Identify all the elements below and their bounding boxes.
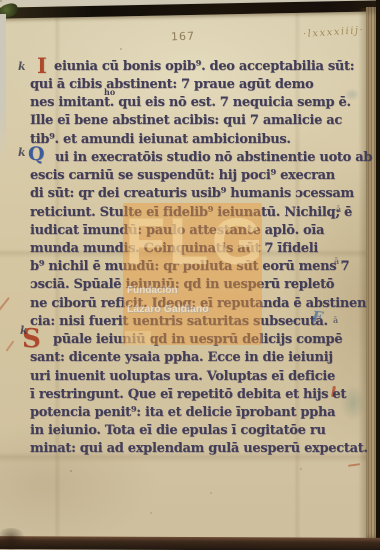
watermark-foundation-name: Fundación xyxy=(127,285,258,296)
interlinear-gloss: ho xyxy=(104,87,115,97)
text-line: potencia penit⁹: ita et delicie īprobant… xyxy=(30,405,335,420)
left-margin-mark: k xyxy=(18,146,26,159)
right-margin-mark: ā xyxy=(336,204,341,214)
text-line: ui in execratōis studio nō abstinentie u… xyxy=(55,150,372,165)
watermark-initials: FLG xyxy=(125,203,260,279)
text-line: minat: qui ad explendam gulā uesperū exp… xyxy=(30,441,368,456)
text-line: ī restringunt. Que eī repetitō debita et… xyxy=(30,387,346,402)
left-margin-mark: k xyxy=(18,60,26,73)
manuscript-page-photo: 167 ·lxxxxiiij· eiunia cū bonis opib⁹. d… xyxy=(0,0,380,550)
initial-I: I xyxy=(37,55,47,76)
text-line: qui ā cibis abstinent: 7 praue agūt demo xyxy=(30,77,313,92)
text-line: nes imitant. qui eis nō est. 7 nequicia … xyxy=(30,95,351,110)
text-line: tib⁹. et amundi ieiunat ambicionibus. xyxy=(30,132,291,147)
watermark-overlay: FLG Fundación Lázaro Galdiano xyxy=(123,203,262,345)
text-line: eiunia cū bonis opib⁹. deo acceptabilia … xyxy=(54,59,354,74)
text-line: sant: dicente ysaia ppha. Ecce in die ie… xyxy=(30,350,333,365)
initial-Q: Q xyxy=(28,145,45,164)
left-margin-mark: k xyxy=(20,324,28,337)
blue-flourish: F xyxy=(311,307,323,326)
right-margin-mark: ā xyxy=(333,315,338,325)
right-margin-mark: ā xyxy=(334,256,339,266)
text-line: uri inuenit uoluptas ura. Voluptas eī de… xyxy=(30,369,335,384)
text-line: Ille eī bene abstinet acibis: qui 7 amal… xyxy=(30,113,342,128)
text-line: di sūt: qr dei creaturis usib⁹ humanis ɔ… xyxy=(30,186,354,201)
watermark-foundation-name-2: Lázaro Galdiano xyxy=(127,303,258,315)
text-line: in ieiunio. Tota eī die epulas ī cogitat… xyxy=(30,423,326,438)
watermark-partial-letter xyxy=(125,331,151,345)
text-line: escis carniū se suspendūt: hij poci⁹ exe… xyxy=(30,168,335,183)
